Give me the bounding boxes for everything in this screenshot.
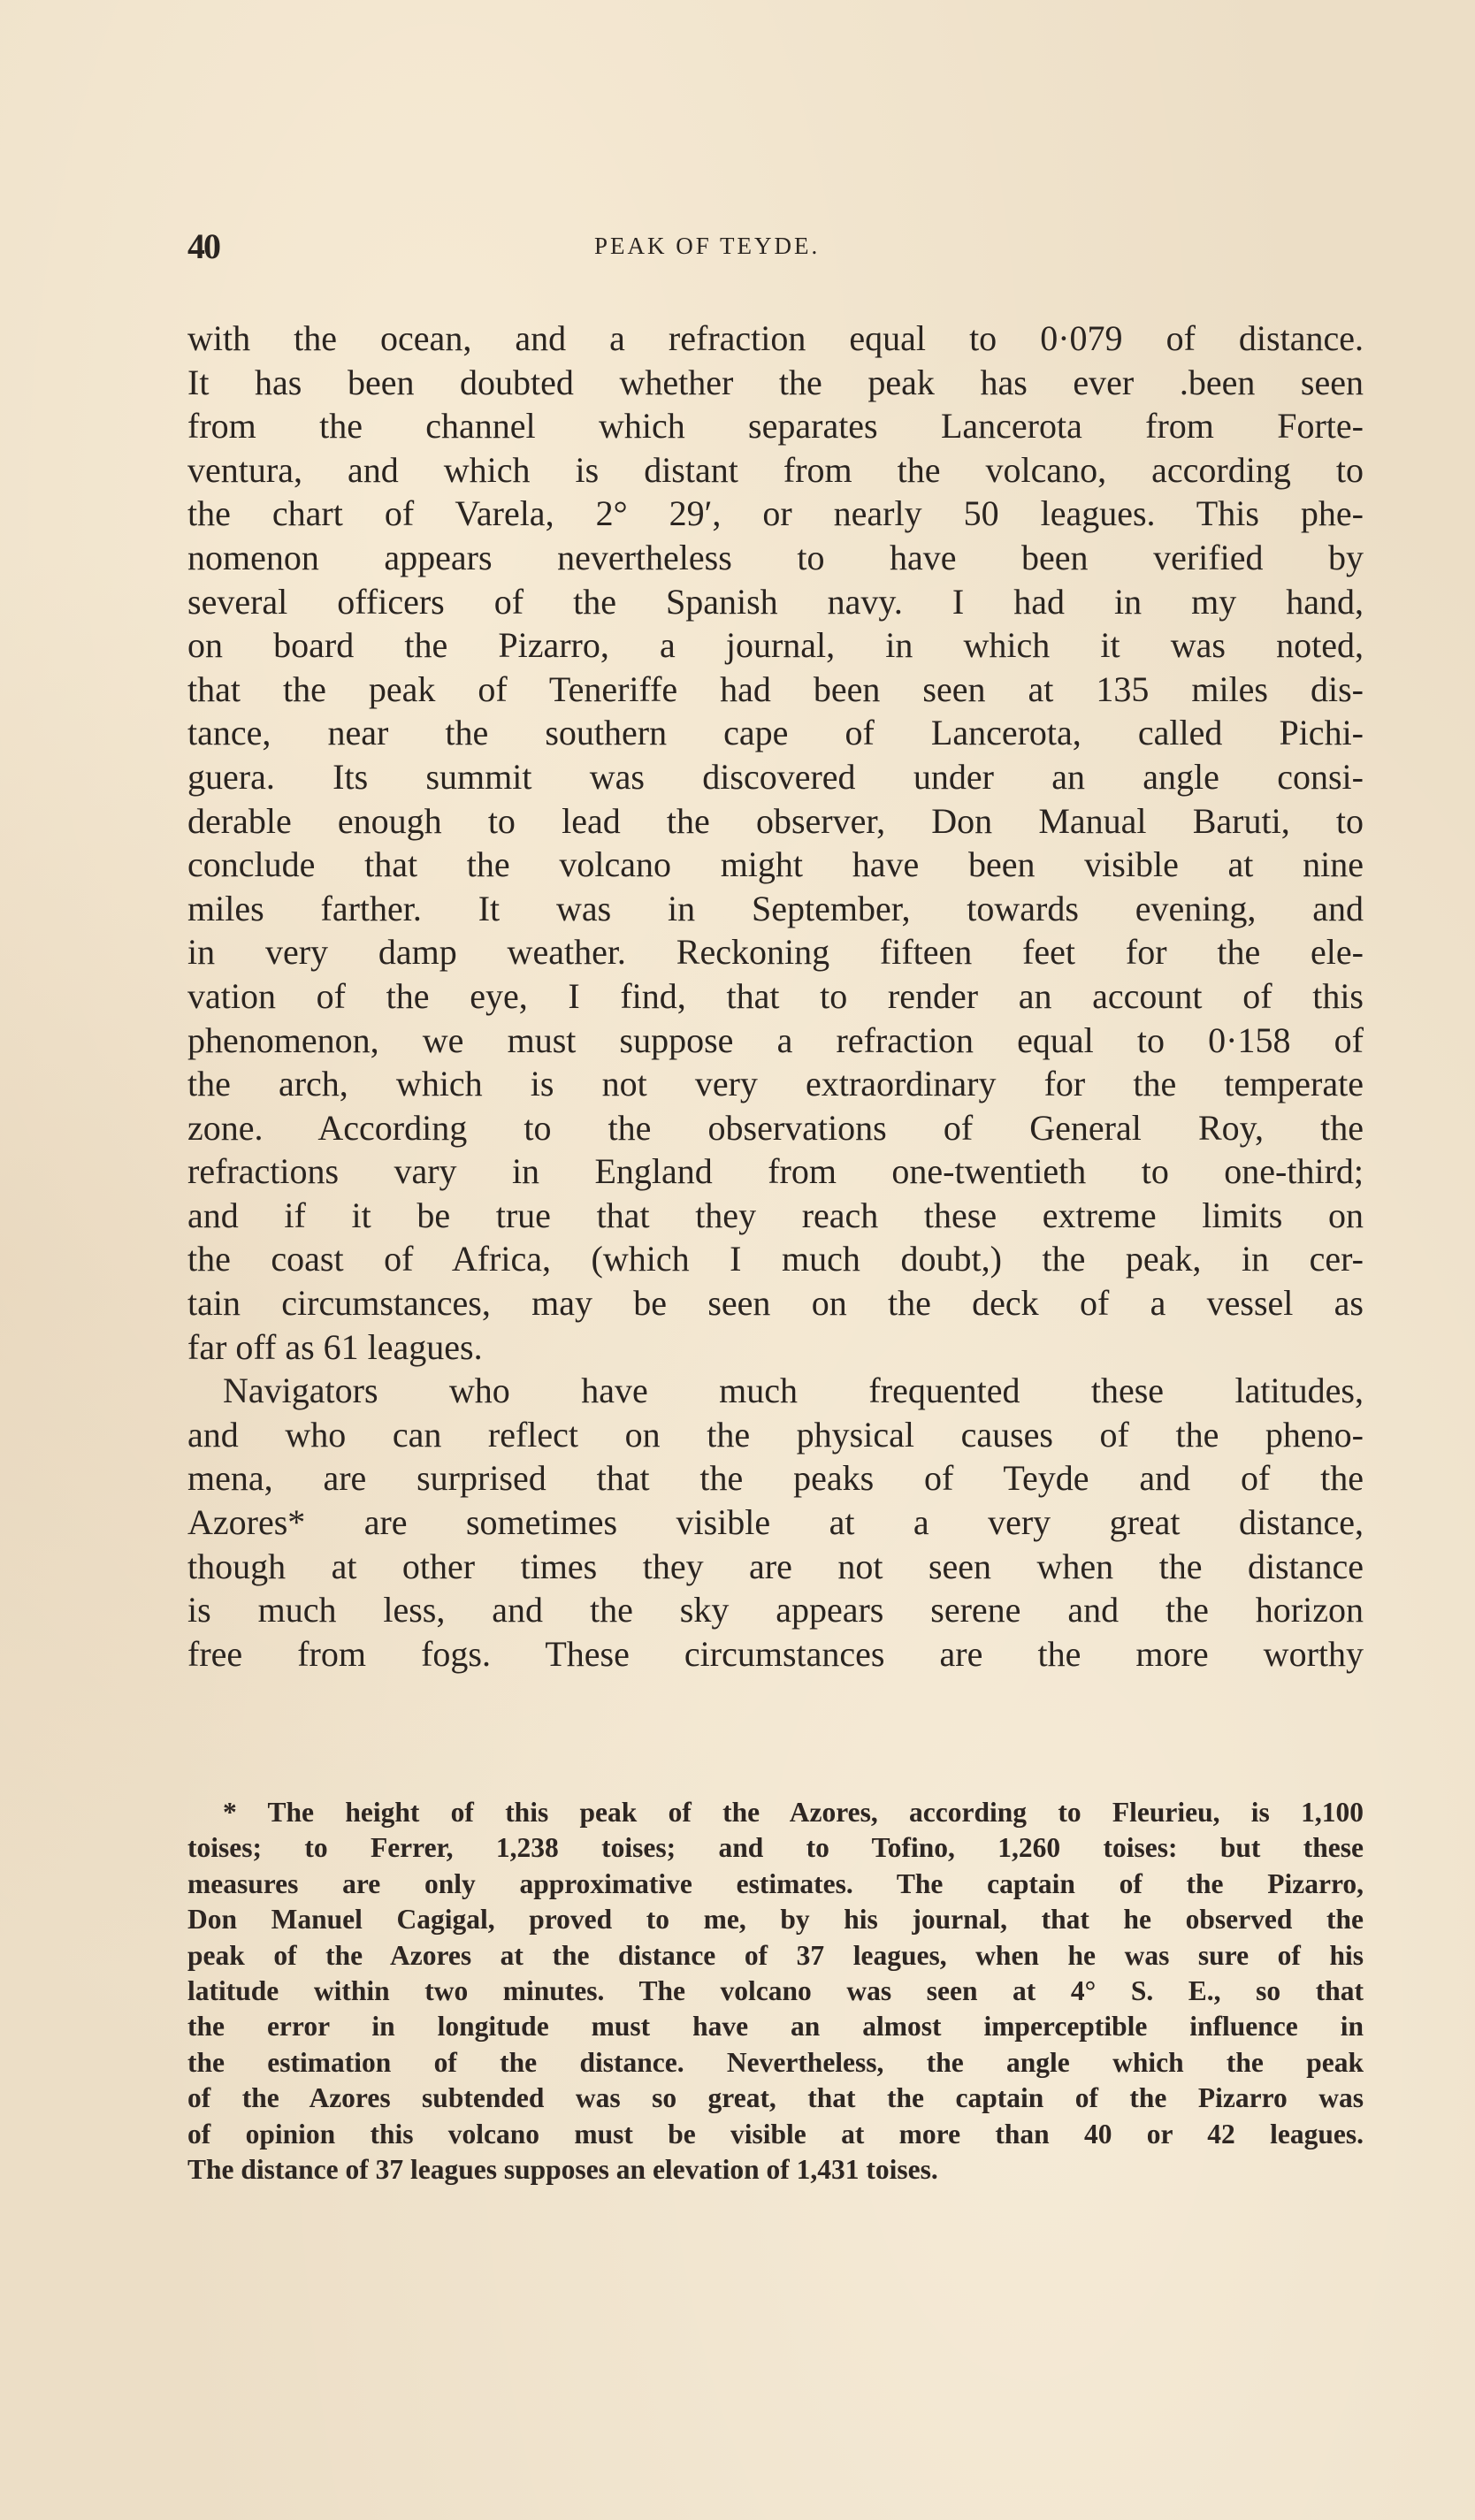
body-line: and if it be true that they reach these … xyxy=(187,1194,1364,1238)
footnote-line: the error in longitude must have an almo… xyxy=(187,2009,1364,2044)
body-line: and who can reflect on the physical caus… xyxy=(187,1413,1364,1457)
body-line: is much less, and the sky appears serene… xyxy=(187,1588,1364,1632)
body-line: nomenon appears nevertheless to have bee… xyxy=(187,536,1364,580)
body-text: with the ocean, and a refraction equal t… xyxy=(187,317,1364,1676)
footnote-line: peak of the Azores at the distance of 37… xyxy=(187,1938,1364,1974)
footnote-line: * The height of this peak of the Azores,… xyxy=(187,1795,1364,1830)
footnote-line: of opinion this volcano must be visible … xyxy=(187,2117,1364,2152)
body-line: the chart of Varela, 2° 29′, or nearly 5… xyxy=(187,492,1364,536)
body-line: derable enough to lead the observer, Don… xyxy=(187,799,1364,844)
footnote-line: measures are only approximative estimate… xyxy=(187,1867,1364,1902)
body-line: the arch, which is not very extraordinar… xyxy=(187,1062,1364,1106)
body-line: on board the Pizarro, a journal, in whic… xyxy=(187,623,1364,668)
body-line: refractions vary in England from one-twe… xyxy=(187,1149,1364,1194)
body-line: tance, near the southern cape of Lancero… xyxy=(187,711,1364,755)
body-line: ventura, and which is distant from the v… xyxy=(187,448,1364,493)
body-line: Azores* are sometimes visible at a very … xyxy=(187,1501,1364,1545)
body-line: free from fogs. These circumstances are … xyxy=(187,1632,1364,1676)
paragraph-end-line: far off as 61 leagues. xyxy=(187,1325,1364,1370)
body-line: It has been doubted whether the peak has… xyxy=(187,361,1364,405)
body-line: mena, are surprised that the peaks of Te… xyxy=(187,1456,1364,1501)
footnote-line: of the Azores subtended was so great, th… xyxy=(187,2081,1364,2116)
body-line: tain circumstances, may be seen on the d… xyxy=(187,1281,1364,1325)
body-line: vation of the eye, I find, that to rende… xyxy=(187,974,1364,1019)
body-line: guera. Its summit was discovered under a… xyxy=(187,755,1364,799)
body-line: though at other times they are not seen … xyxy=(187,1545,1364,1589)
footnote-line: Don Manuel Cagigal, proved to me, by his… xyxy=(187,1902,1364,1937)
footnote-line: The distance of 37 leagues supposes an e… xyxy=(187,2152,1364,2188)
footnote: * The height of this peak of the Azores,… xyxy=(187,1795,1364,2188)
running-head: 40 PEAK OF TEYDE. xyxy=(187,225,1364,270)
body-line: miles farther. It was in September, towa… xyxy=(187,887,1364,931)
body-line: the coast of Africa, (which I much doubt… xyxy=(187,1237,1364,1281)
body-line: several officers of the Spanish navy. I … xyxy=(187,580,1364,624)
footnote-line: toises; to Ferrer, 1,238 toises; and to … xyxy=(187,1830,1364,1866)
body-line: with the ocean, and a refraction equal t… xyxy=(187,317,1364,361)
footnote-line: latitude within two minutes. The volcano… xyxy=(187,1974,1364,2009)
body-line: that the peak of Teneriffe had been seen… xyxy=(187,668,1364,712)
body-line: phenomenon, we must suppose a refraction… xyxy=(187,1019,1364,1063)
body-line: conclude that the volcano might have bee… xyxy=(187,843,1364,887)
body-line: zone. According to the observations of G… xyxy=(187,1106,1364,1150)
paragraph-start-line: Navigators who have much frequented thes… xyxy=(187,1369,1364,1413)
footnote-line: the estimation of the distance. Neverthe… xyxy=(187,2045,1364,2081)
running-title: PEAK OF TEYDE. xyxy=(594,233,820,260)
body-line: from the channel which separates Lancero… xyxy=(187,404,1364,448)
body-line: in very damp weather. Reckoning fifteen … xyxy=(187,930,1364,974)
page-number: 40 xyxy=(187,225,219,267)
